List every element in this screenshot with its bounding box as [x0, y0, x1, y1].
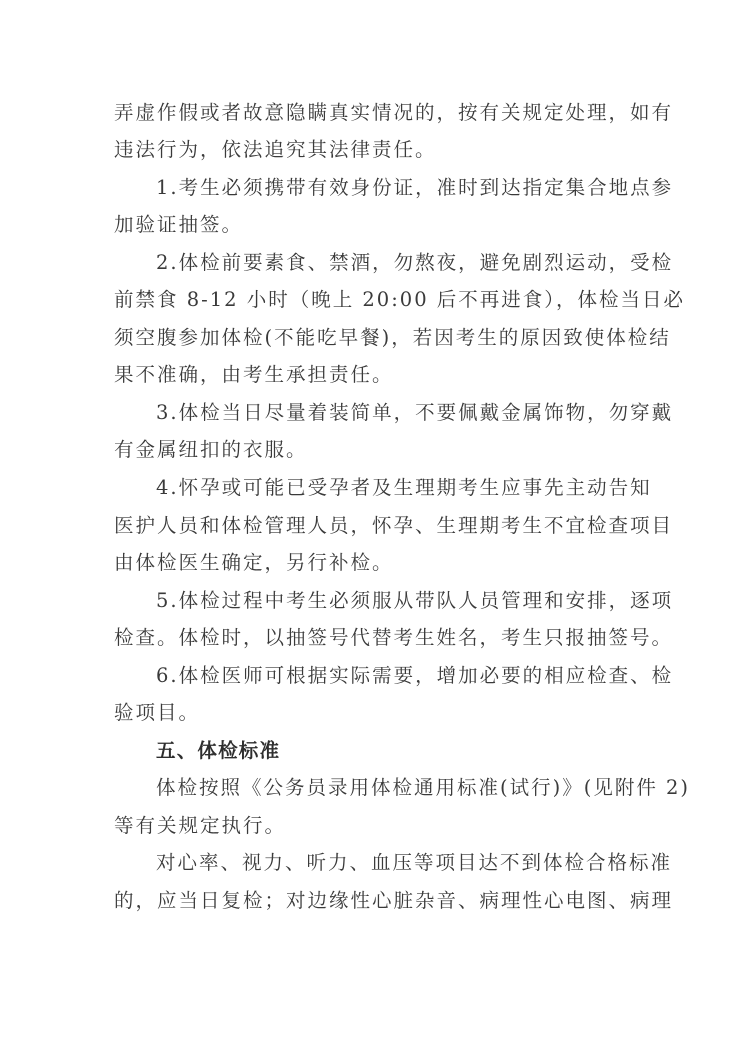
list-item-5: 5.体检过程中考生必须服从带队人员管理和安排，逐项 [114, 582, 636, 620]
list-item-1: 1.考生必须携带有效身份证，准时到达指定集合地点参 [114, 169, 636, 207]
text-line: 前禁食 8-12 小时（晚上 20:00 后不再进食），体检当日必 [114, 281, 636, 319]
text-line: 果不准确，由考生承担责任。 [114, 356, 636, 394]
text-line: 须空腹参加体检(不能吃早餐)，若因考生的原因致使体检结 [114, 319, 636, 357]
text-line: 验项目。 [114, 694, 636, 732]
paragraph-start: 体检按照《公务员录用体检通用标准(试行)》(见附件 2) [114, 769, 636, 807]
list-item-2: 2.体检前要素食、禁酒，勿熬夜，避免剧烈运动，受检 [114, 244, 636, 282]
text-line: 由体检医生确定，另行补检。 [114, 544, 636, 582]
text-line: 医护人员和体检管理人员，怀孕、生理期考生不宜检查项目 [114, 507, 636, 545]
text-line: 加验证抽签。 [114, 206, 636, 244]
text-line: 有金属纽扣的衣服。 [114, 431, 636, 469]
text-line: 的，应当日复检；对边缘性心脏杂音、病理性心电图、病理 [114, 882, 636, 920]
list-item-6: 6.体检医师可根据实际需要，增加必要的相应检查、检 [114, 657, 636, 695]
text-line: 违法行为，依法追究其法律责任。 [114, 131, 636, 169]
document-body: 弄虚作假或者故意隐瞒真实情况的，按有关规定处理，如有 违法行为，依法追究其法律责… [114, 94, 636, 920]
paragraph-start: 对心率、视力、听力、血压等项目达不到体检合格标准 [114, 844, 636, 882]
text-line: 检查。体检时，以抽签号代替考生姓名，考生只报抽签号。 [114, 619, 636, 657]
document-page: 弄虚作假或者故意隐瞒真实情况的，按有关规定处理，如有 违法行为，依法追究其法律责… [0, 0, 750, 1061]
text-line: 弄虚作假或者故意隐瞒真实情况的，按有关规定处理，如有 [114, 94, 636, 132]
list-item-3: 3.体检当日尽量着装简单，不要佩戴金属饰物，勿穿戴 [114, 394, 636, 432]
list-item-4: 4.怀孕或可能已受孕者及生理期考生应事先主动告知 [114, 469, 636, 507]
section-heading: 五、体检标准 [114, 732, 636, 770]
text-line: 等有关规定执行。 [114, 807, 636, 845]
